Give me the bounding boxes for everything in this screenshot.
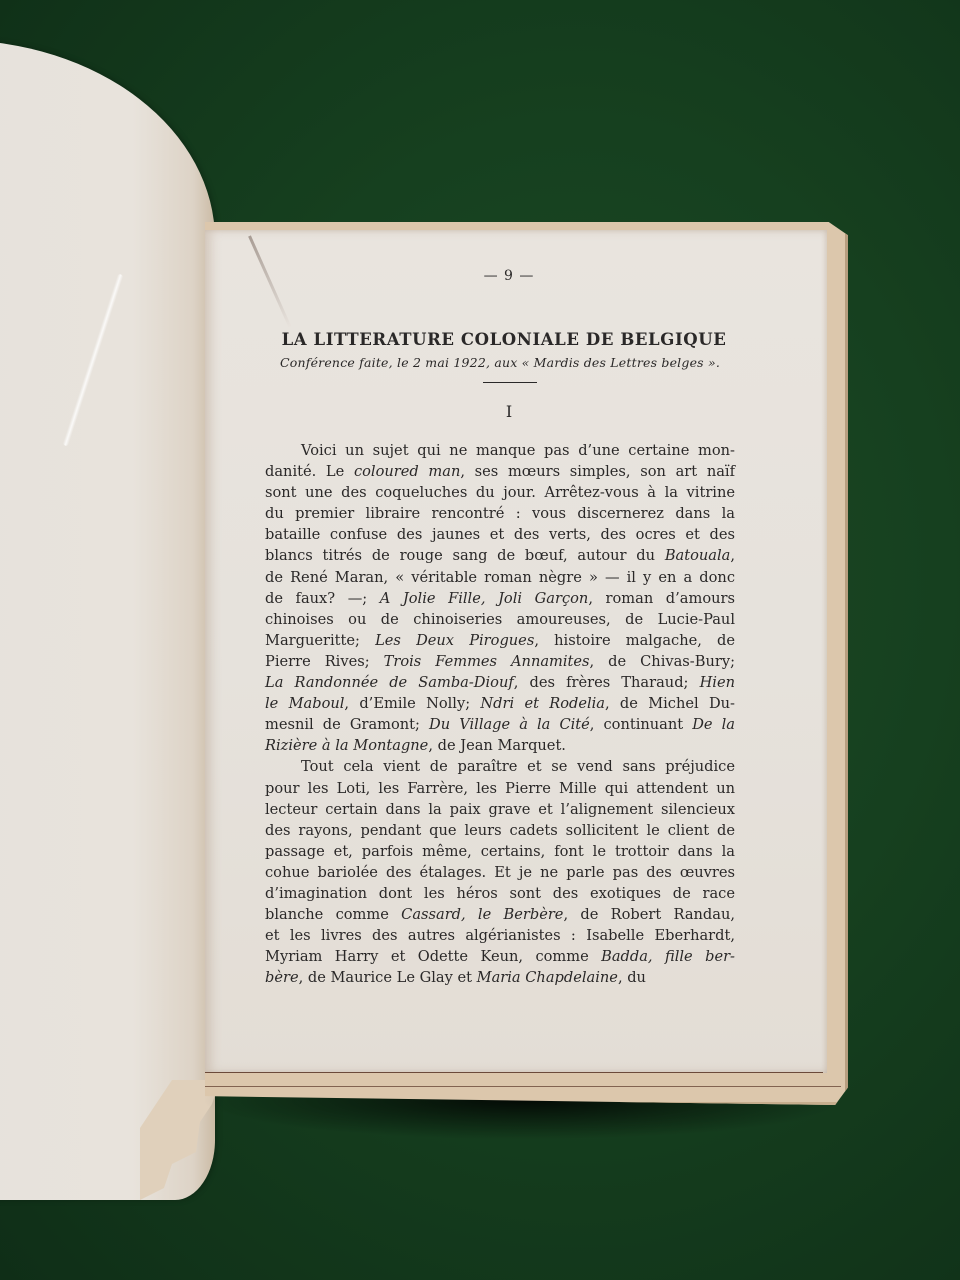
text-line: de René Maran, « véritable roman nègre »…: [265, 567, 735, 588]
text-line: et les livres des autres algérianistes :…: [265, 925, 735, 946]
text-run: danité. Le: [265, 463, 354, 480]
text-line: Voici un sujet qui ne manque pas d’une c…: [265, 440, 735, 461]
text-run: , du: [618, 969, 646, 986]
italic-title: Du Village à la Cité: [429, 716, 590, 733]
italic-title: Badda, fille ber-: [601, 948, 735, 965]
text-line: le Maboul, d’Emile Nolly; Ndri et Rodeli…: [265, 693, 735, 714]
text-line: du premier libraire rencontré : vous dis…: [265, 503, 735, 524]
text-run: , de Maurice Le Glay et: [299, 969, 477, 986]
text-line: Margueritte; Les Deux Pirogues, histoire…: [265, 630, 735, 651]
text-run: , de Chivas-Bury;: [590, 653, 735, 670]
italic-title: Les Deux Pirogues: [375, 632, 534, 649]
italic-title: Batouala: [665, 547, 731, 564]
text-run: mesnil de Gramont;: [265, 716, 429, 733]
text-run: blanche comme: [265, 906, 401, 923]
page-number: — 9 —: [283, 268, 735, 284]
page-edge-line: [205, 1086, 841, 1087]
photo-scene: — 9 — LA LITTERATURE COLONIALE DE BELGIQ…: [0, 0, 960, 1280]
text-run: , ses mœurs simples, son art naïf: [460, 463, 735, 480]
text-line: des rayons, pendant que leurs cadets sol…: [265, 820, 735, 841]
text-run: des rayons, pendant que leurs cadets sol…: [265, 822, 735, 839]
italic-title: Hien: [700, 674, 735, 691]
text-run: , des frères Tharaud;: [514, 674, 700, 691]
italic-title: coloured man: [354, 463, 460, 480]
chapter-title: LA LITTERATURE COLONIALE DE BELGIQUE: [273, 330, 735, 349]
italic-title: A Jolie Fille, Joli Garçon: [380, 590, 589, 607]
body-text: Voici un sujet qui ne manque pas d’une c…: [265, 440, 735, 988]
text-line: Myriam Harry et Odette Keun, comme Badda…: [265, 946, 735, 967]
text-line: bataille confuse des jaunes et des verts…: [265, 524, 735, 545]
title-rule: [483, 382, 537, 383]
page-crease: [62, 273, 123, 446]
text-line: Rizière à la Montagne, de Jean Marquet.: [265, 735, 735, 756]
section-numeral: I: [283, 402, 735, 421]
text-run: , de Jean Marquet.: [428, 737, 566, 754]
text-run: lecteur certain dans la paix grave et l’…: [265, 801, 735, 818]
text-run: Margueritte;: [265, 632, 375, 649]
text-run: cohue bariolée des étalages. Et je ne pa…: [265, 864, 735, 881]
text-run: , d’Emile Nolly;: [344, 695, 480, 712]
text-run: Voici un sujet qui ne manque pas d’une c…: [301, 442, 735, 459]
chapter-subtitle: Conférence faite, le 2 mai 1922, aux « M…: [265, 355, 735, 370]
italic-title: La Randonnée de Samba-Diouf: [265, 674, 514, 691]
text-run: , histoire malgache, de: [534, 632, 735, 649]
text-run: Tout cela vient de paraître et se vend s…: [301, 758, 735, 775]
text-run: de faux? —;: [265, 590, 380, 607]
text-run: d’imagination dont les héros sont des ex…: [265, 885, 735, 902]
text-run: de René Maran, « véritable roman nègre »…: [265, 569, 735, 586]
text-run: , continuant: [590, 716, 692, 733]
text-line: Pierre Rives; Trois Femmes Annamites, de…: [265, 651, 735, 672]
text-run: et les livres des autres algérianistes :…: [265, 927, 735, 944]
paragraph: Voici un sujet qui ne manque pas d’une c…: [265, 440, 735, 756]
text-run: sont une des coqueluches du jour. Arrête…: [265, 484, 735, 501]
italic-title: Rizière à la Montagne: [265, 737, 428, 754]
italic-title: bère: [265, 969, 299, 986]
italic-title: Trois Femmes Annamites: [384, 653, 590, 670]
text-line: lecteur certain dans la paix grave et l’…: [265, 799, 735, 820]
text-run: Myriam Harry et Odette Keun, comme: [265, 948, 601, 965]
text-line: passage et, parfois même, certains, font…: [265, 841, 735, 862]
text-line: blanche comme Cassard, le Berbère, de Ro…: [265, 904, 735, 925]
text-run: , de Michel Du-: [605, 695, 735, 712]
text-line: de faux? —; A Jolie Fille, Joli Garçon, …: [265, 588, 735, 609]
text-line: danité. Le coloured man, ses mœurs simpl…: [265, 461, 735, 482]
text-line: La Randonnée de Samba-Diouf, des frères …: [265, 672, 735, 693]
text-line: d’imagination dont les héros sont des ex…: [265, 883, 735, 904]
page-edge-line: [205, 1072, 823, 1073]
paragraph: Tout cela vient de paraître et se vend s…: [265, 756, 735, 988]
text-line: bère, de Maurice Le Glay et Maria Chapde…: [265, 967, 735, 988]
text-run: chinoises ou de chinoiseries amoureuses,…: [265, 611, 735, 628]
italic-title: Cassard, le Berbère: [401, 906, 563, 923]
text-line: pour les Loti, les Farrère, les Pierre M…: [265, 778, 735, 799]
text-run: blancs titrés de rouge sang de bœuf, aut…: [265, 547, 665, 564]
text-line: Tout cela vient de paraître et se vend s…: [265, 756, 735, 777]
text-line: mesnil de Gramont; Du Village à la Cité,…: [265, 714, 735, 735]
text-line: chinoises ou de chinoiseries amoureuses,…: [265, 609, 735, 630]
italic-title: Maria Chapdelaine: [477, 969, 618, 986]
text-run: du premier libraire rencontré : vous dis…: [265, 505, 735, 522]
text-run: , de Robert Randau,: [563, 906, 735, 923]
italic-title: le Maboul: [265, 695, 344, 712]
italic-title: Ndri et Rodelia: [480, 695, 605, 712]
text-run: Pierre Rives;: [265, 653, 384, 670]
text-run: , roman d’amours: [588, 590, 735, 607]
text-run: pour les Loti, les Farrère, les Pierre M…: [265, 780, 735, 797]
text-line: sont une des coqueluches du jour. Arrête…: [265, 482, 735, 503]
text-line: blancs titrés de rouge sang de bœuf, aut…: [265, 545, 735, 566]
left-page: [0, 40, 215, 1200]
text-line: cohue bariolée des étalages. Et je ne pa…: [265, 862, 735, 883]
text-run: bataille confuse des jaunes et des verts…: [265, 526, 735, 543]
page-text-block: — 9 — LA LITTERATURE COLONIALE DE BELGIQ…: [265, 268, 735, 988]
italic-title: De la: [692, 716, 735, 733]
text-run: passage et, parfois même, certains, font…: [265, 843, 735, 860]
text-run: ,: [730, 547, 735, 564]
